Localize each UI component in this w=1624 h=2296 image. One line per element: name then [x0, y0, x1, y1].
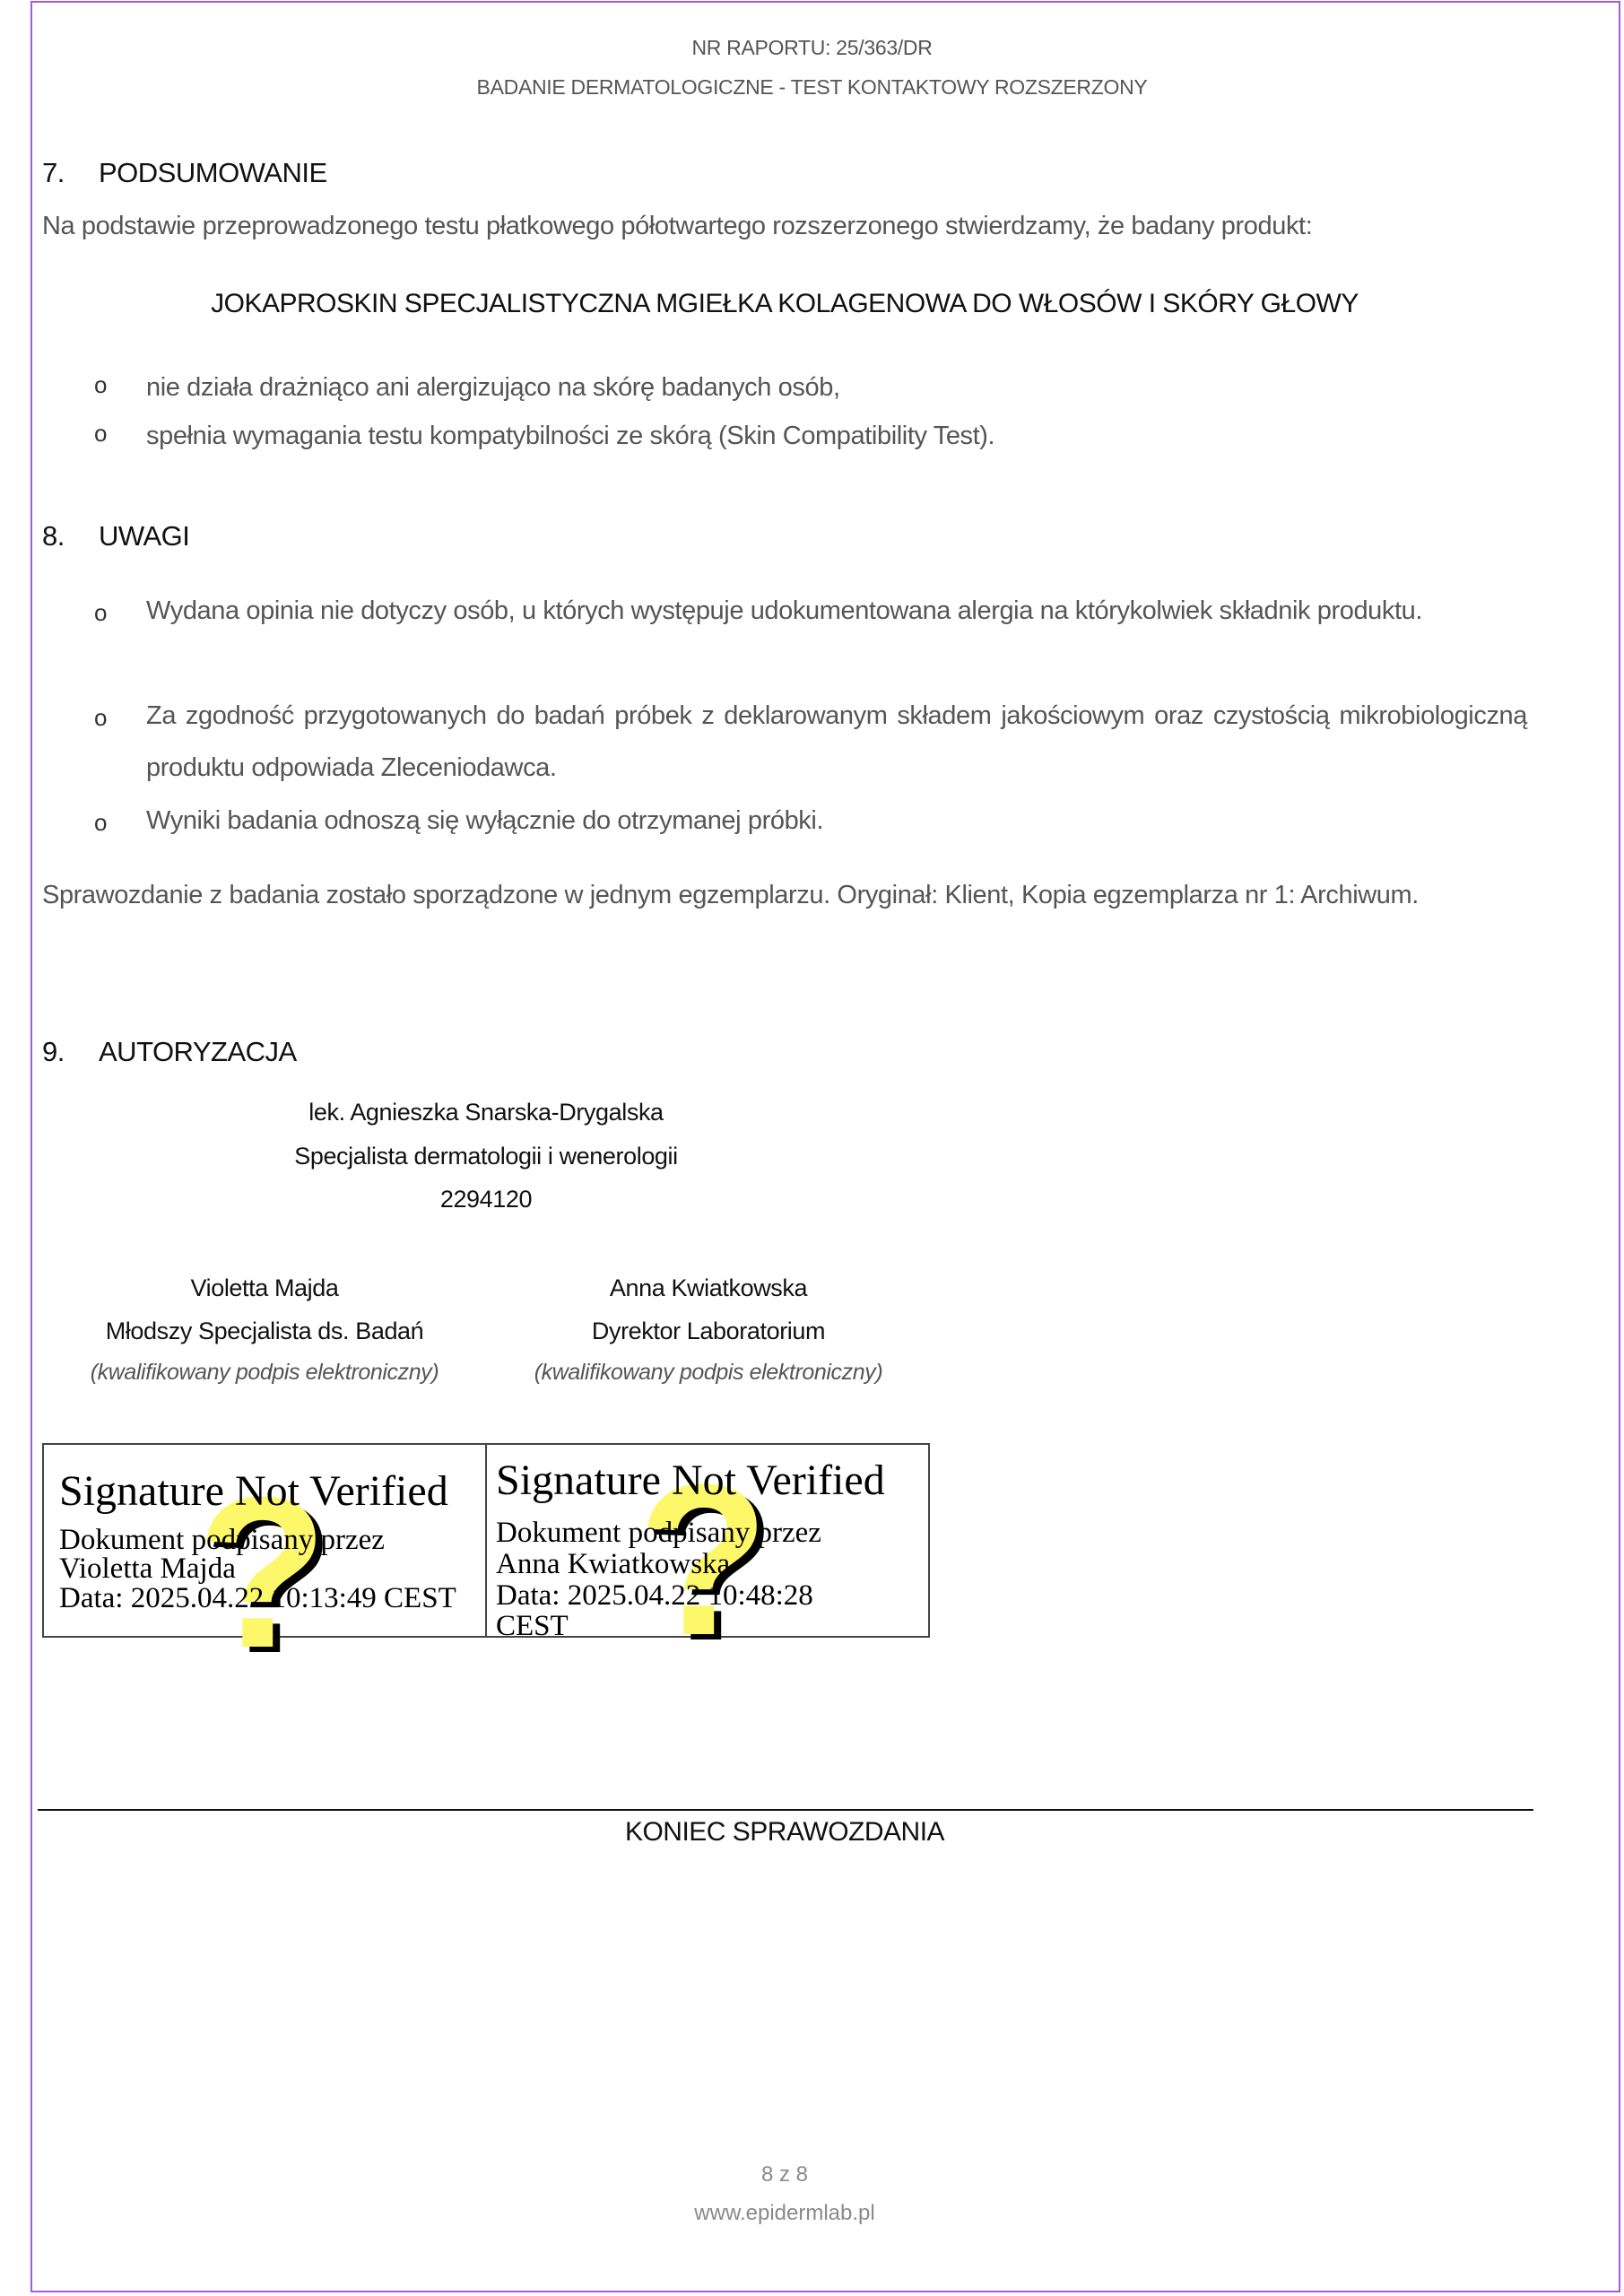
section-title: UWAGI [99, 520, 189, 552]
end-of-report: KONIEC SPRAWOZDANIA [0, 1817, 1569, 1848]
summary-intro: Na podstawie przeprowadzonego testu płat… [42, 212, 1312, 241]
signer-role: Młodszy Specjalista ds. Badań [54, 1318, 475, 1345]
section-number: 8. [42, 520, 99, 552]
report-title: BADANIE DERMATOLOGICZNE - TEST KONTAKTOW… [0, 75, 1624, 100]
product-name: JOKAPROSKIN SPECJALISTYCZNA MGIEŁKA KOLA… [0, 289, 1569, 319]
list-item: Wydana opinia nie dotyczy osób, u któryc… [146, 585, 1527, 637]
signature-date: Data: 2025.04.22 10:13:49 CEST [59, 1584, 456, 1613]
bullet-icon: o [94, 704, 107, 732]
bullet-icon: o [94, 599, 107, 627]
bullet-icon: o [94, 809, 107, 837]
report-number: NR RAPORTU: 25/363/DR [0, 36, 1624, 60]
signed-by-label: Dokument podpisany przez [496, 1518, 821, 1548]
section-summary-heading: 7.PODSUMOWANIE [42, 157, 327, 189]
list-item: nie działa drażniąco ani alergizująco na… [146, 361, 1527, 413]
list-item: spełnia wymagania testu kompatybilności … [146, 410, 1527, 462]
list-item: Za zgodność przygotowanych do badań prób… [146, 690, 1527, 794]
page-number: 8 z 8 [0, 2162, 1569, 2187]
signer-note: (kwalifikowany podpis elektroniczny) [498, 1360, 919, 1386]
signature-status: Signature Not Verified [496, 1459, 885, 1502]
bullet-icon: o [94, 371, 107, 399]
physician-name: lek. Agnieszka Snarska-Drygalska [217, 1099, 755, 1126]
signer-name: Violetta Majda [54, 1274, 475, 1302]
copies-note: Sprawozdanie z badania zostało sporządzo… [42, 869, 1477, 921]
signer-note: (kwalifikowany podpis elektroniczny) [54, 1360, 475, 1386]
end-divider [38, 1809, 1533, 1811]
section-title: AUTORYZACJA [99, 1036, 297, 1067]
signature-signer: Anna Kwiatkowska [496, 1550, 730, 1579]
signature-date: Data: 2025.04.22 10:48:28 [496, 1581, 813, 1611]
section-remarks-heading: 8.UWAGI [42, 520, 189, 552]
physician-license: 2294120 [217, 1186, 755, 1213]
list-item: Wyniki badania odnoszą się wyłącznie do … [146, 795, 1527, 847]
signed-by-label: Dokument podpisany przez [59, 1526, 385, 1555]
section-number: 7. [42, 157, 99, 189]
signature-box-2[interactable]: ? Signature Not Verified Dokument podpis… [487, 1445, 928, 1636]
signature-table: ? Signature Not Verified Dokument podpis… [42, 1443, 930, 1638]
signature-status: Signature Not Verified [59, 1470, 448, 1513]
signature-date-timezone: CEST [496, 1612, 569, 1641]
signature-box-1[interactable]: ? Signature Not Verified Dokument podpis… [44, 1445, 487, 1636]
section-authorization-heading: 9.AUTORYZACJA [42, 1036, 297, 1068]
signature-signer: Violetta Majda [59, 1554, 236, 1584]
bullet-icon: o [94, 420, 107, 448]
signer-role: Dyrektor Laboratorium [498, 1318, 919, 1345]
section-title: PODSUMOWANIE [99, 157, 327, 188]
section-number: 9. [42, 1036, 99, 1068]
signer-name: Anna Kwiatkowska [498, 1274, 919, 1302]
physician-role: Specjalista dermatologii i wenerologii [217, 1143, 755, 1170]
website-link[interactable]: www.epidermlab.pl [0, 2201, 1569, 2226]
